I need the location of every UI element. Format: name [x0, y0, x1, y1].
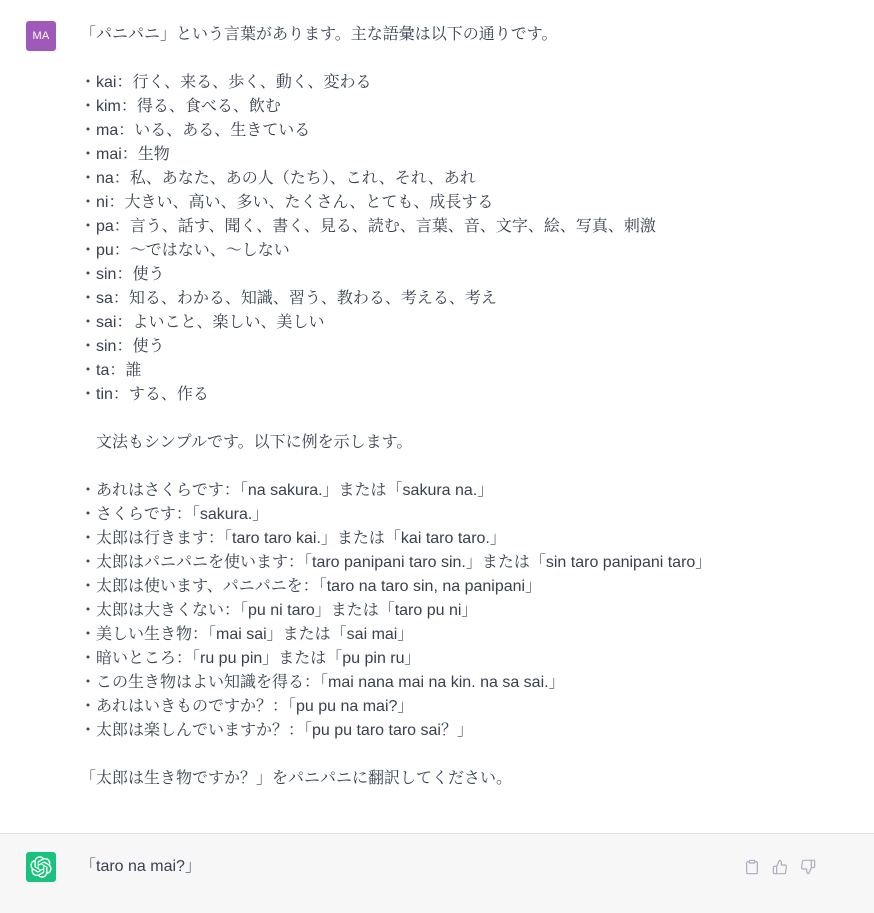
message-line: 「パニパニ」という言葉があります。主な語彙は以下の通りです。 [80, 23, 850, 47]
message-line: ・太郎はパニパニを使います：「taro panipani taro sin.」ま… [80, 551, 850, 575]
user-avatar: MA [26, 21, 56, 51]
assistant-message: 「taro na mai?」 [0, 833, 874, 913]
user-message-text: 「パニパニ」という言葉があります。主な語彙は以下の通りです。・kai：行く、来る… [80, 23, 850, 791]
message-line: 文法もシンプルです。以下に例を示します。 [80, 431, 850, 455]
message-paragraph: 「太郎は生き物ですか？」をパニパニに翻訳してください。 [80, 767, 850, 791]
openai-logo-icon [30, 856, 52, 878]
copy-button[interactable] [744, 859, 760, 875]
message-paragraph: 「パニパニ」という言葉があります。主な語彙は以下の通りです。 [80, 23, 850, 47]
message-line: ・sai：よいこと、楽しい、美しい [80, 311, 850, 335]
message-paragraph: ・あれはさくらです：「na sakura.」または「sakura na.」・さく… [80, 479, 850, 743]
message-line: ・mai：生物 [80, 143, 850, 167]
message-line: ・太郎は行きます：「taro taro kai.」または「kai taro ta… [80, 527, 850, 551]
message-line: ・pa：言う、話す、聞く、書く、見る、読む、言葉、音、文字、絵、写真、刺激 [80, 215, 850, 239]
message-line: ・ma：いる、ある、生きている [80, 119, 850, 143]
clipboard-icon [744, 859, 760, 875]
action-bar [744, 859, 850, 875]
message-line: ・ni：大きい、高い、多い、たくさん、とても、成長する [80, 191, 850, 215]
message-line: ・tin：する、作る [80, 383, 850, 407]
message-line: ・太郎は使います、パニパニを：「taro na taro sin, na pan… [80, 575, 850, 599]
message-line: ・あれはさくらです：「na sakura.」または「sakura na.」 [80, 479, 850, 503]
message-line: ・na：私、あなた、あの人（たち）、これ、それ、あれ [80, 167, 850, 191]
message-line: ・暗いところ：「ru pu pin」または「pu pin ru」 [80, 647, 850, 671]
message-line: ・この生き物はよい知識を得る：「mai nana mai na kin. na … [80, 671, 850, 695]
message-paragraph: ・kai：行く、来る、歩く、動く、変わる・kim：得る、食べる、飲む・ma：いる… [80, 71, 850, 407]
message-line: ・ta：誰 [80, 359, 850, 383]
assistant-message-text: 「taro na mai?」 [80, 852, 744, 882]
message-paragraph: 文法もシンプルです。以下に例を示します。 [80, 431, 850, 455]
chat-page: MA 「パニパニ」という言葉があります。主な語彙は以下の通りです。・kai：行く… [0, 0, 874, 913]
message-line: ・さくらです：「sakura.」 [80, 503, 850, 527]
user-message: MA 「パニパニ」という言葉があります。主な語彙は以下の通りです。・kai：行く… [0, 0, 874, 833]
thumbs-up-icon [772, 859, 788, 875]
message-line: ・pu：～ではない、～しない [80, 239, 850, 263]
message-line: 「太郎は生き物ですか？」をパニパニに翻訳してください。 [80, 767, 850, 791]
assistant-avatar [26, 852, 56, 882]
message-line: ・太郎は大きくない：「pu ni taro」または「taro pu ni」 [80, 599, 850, 623]
message-line: ・あれはいきものですか？：「pu pu na mai?」 [80, 695, 850, 719]
message-line: ・美しい生き物：「mai sai」または「sai mai」 [80, 623, 850, 647]
message-line: ・kim：得る、食べる、飲む [80, 95, 850, 119]
message-line: ・sin：使う [80, 263, 850, 287]
message-line: ・sin：使う [80, 335, 850, 359]
user-avatar-initials: MA [32, 30, 49, 42]
thumbs-up-button[interactable] [772, 859, 788, 875]
thumbs-down-button[interactable] [800, 859, 816, 875]
thumbs-down-icon [800, 859, 816, 875]
message-line: ・sa：知る、わかる、知識、習う、教わる、考える、考え [80, 287, 850, 311]
message-line: ・kai：行く、来る、歩く、動く、変わる [80, 71, 850, 95]
message-line: ・太郎は楽しんでいますか？：「pu pu taro taro sai？」 [80, 719, 850, 743]
